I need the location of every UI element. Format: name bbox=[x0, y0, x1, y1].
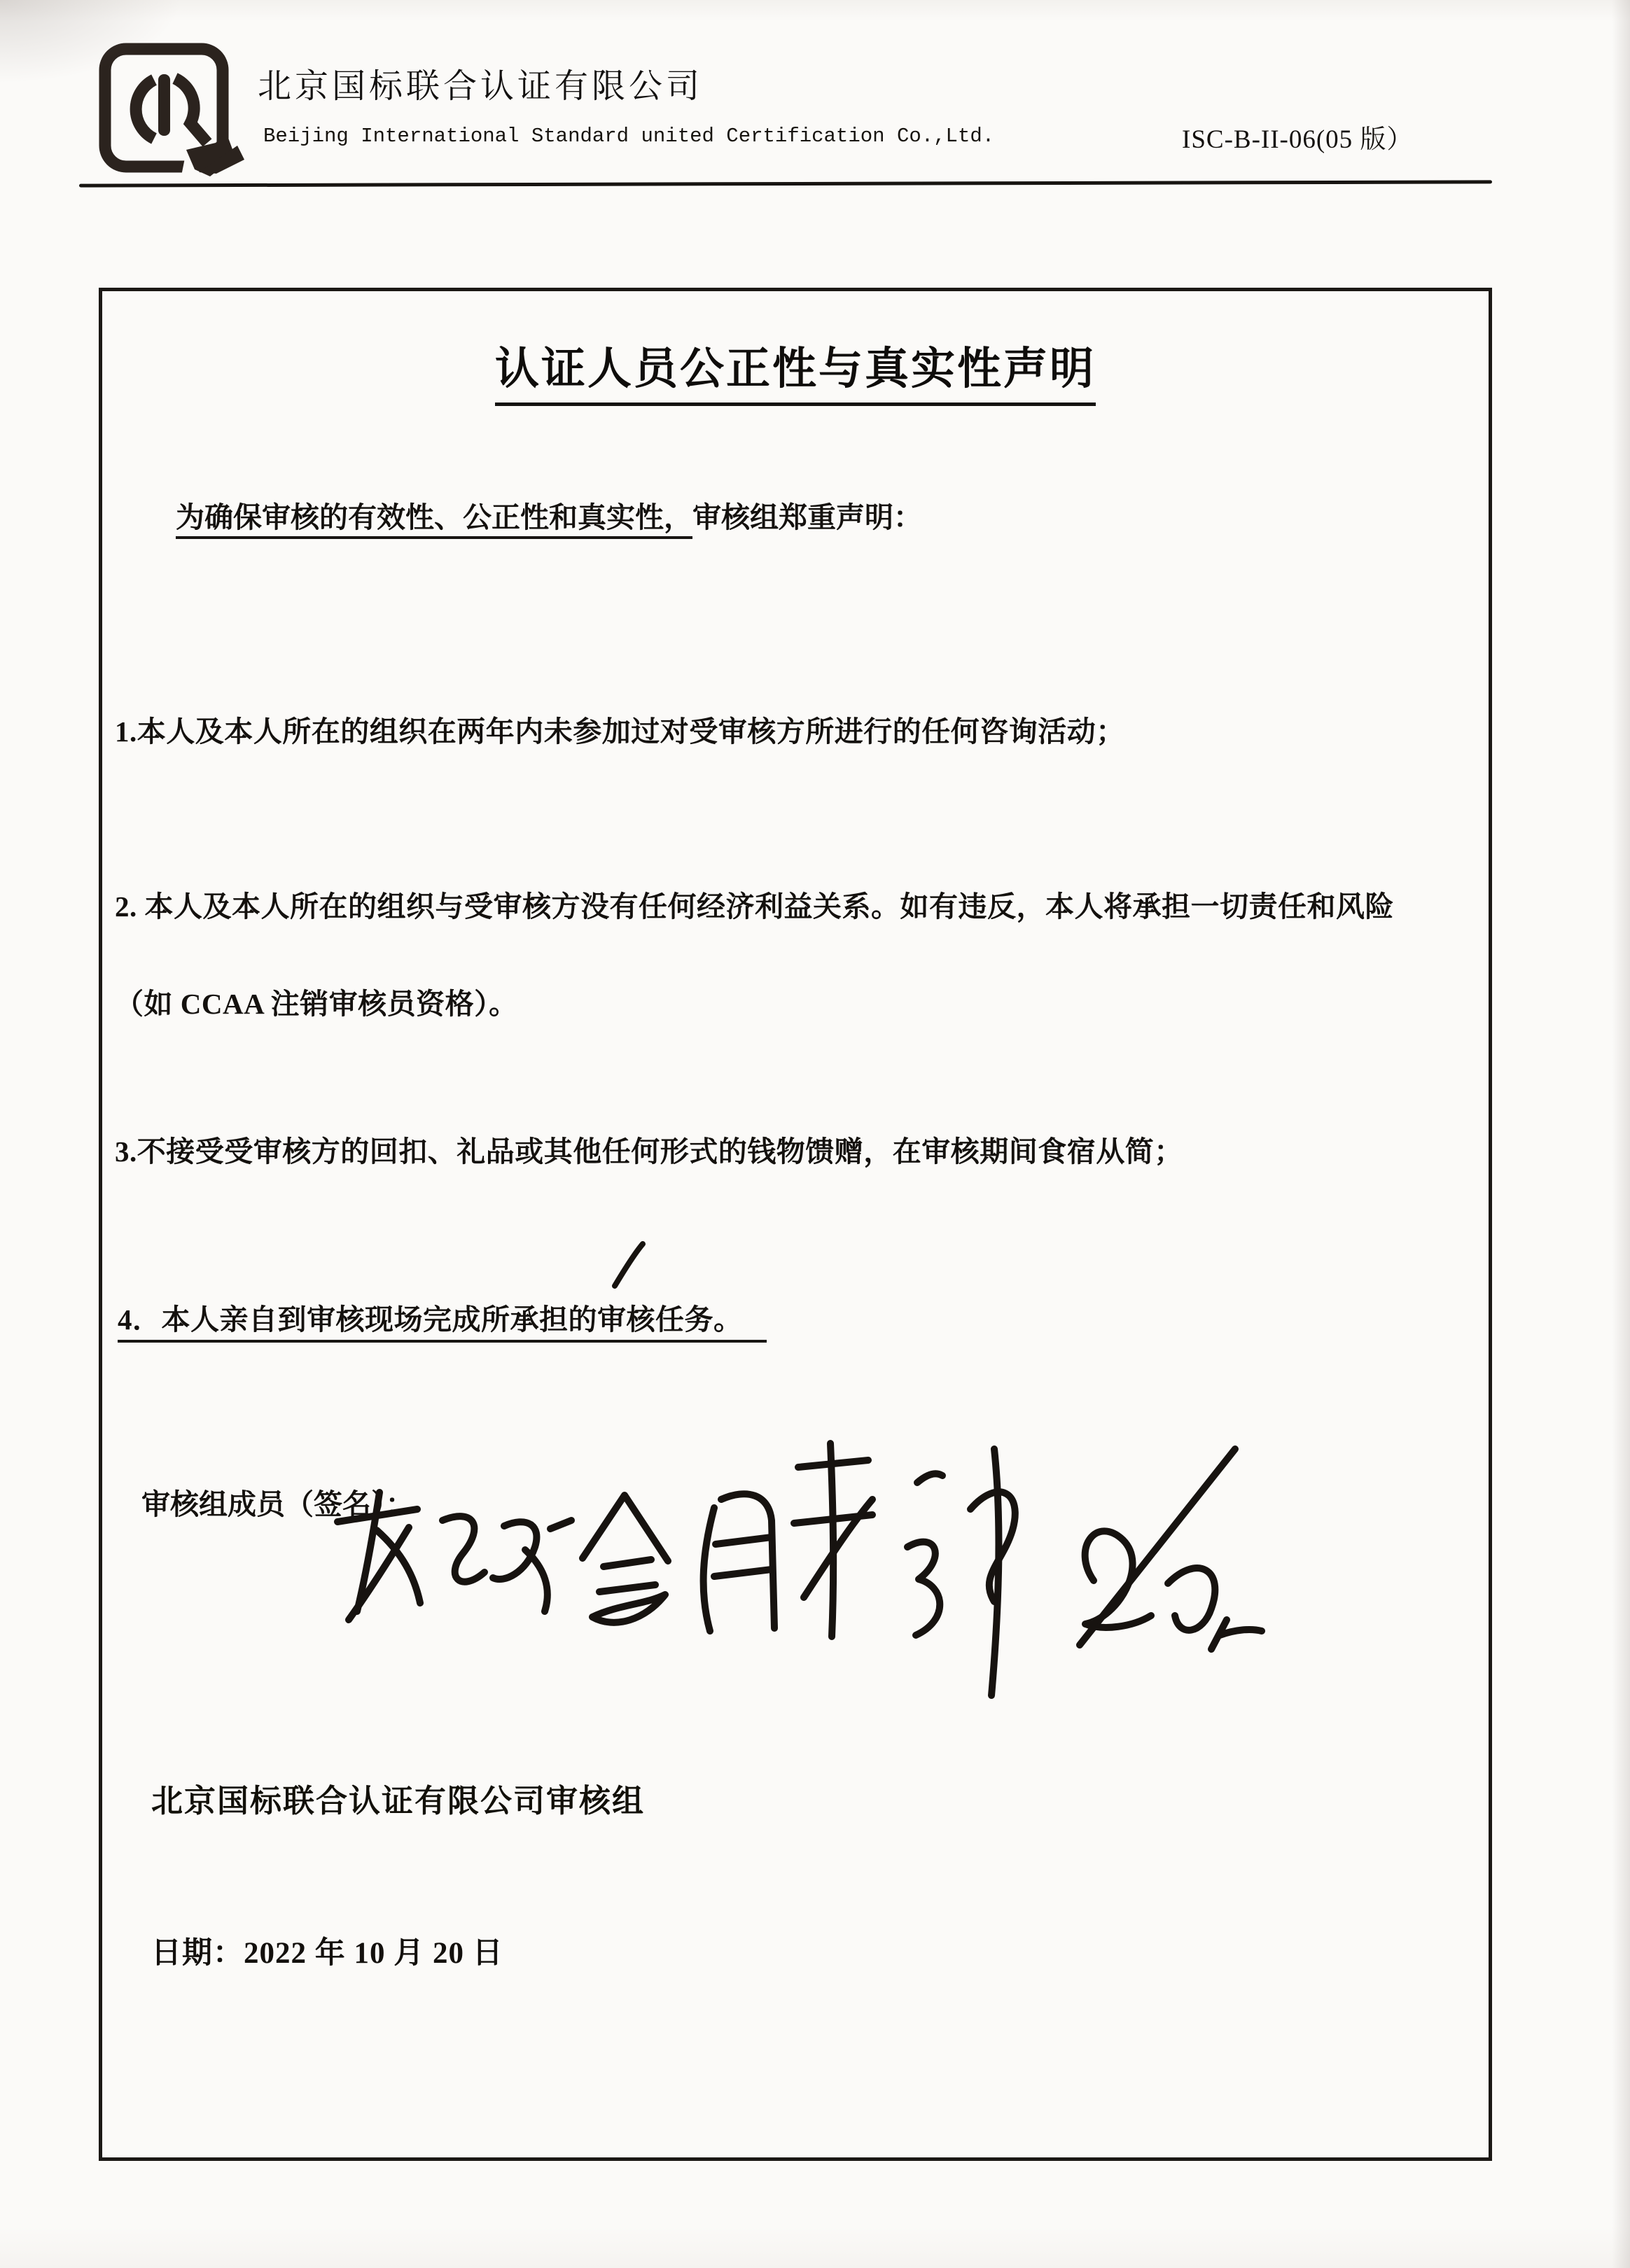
company-name-cn: 北京国标联合认证有限公司 bbox=[258, 59, 703, 107]
declaration-title: 认证人员公正性与真实性声明 bbox=[495, 333, 1096, 406]
handwritten-signatures-ink bbox=[304, 1410, 1284, 1721]
header-divider bbox=[79, 180, 1492, 187]
declaration-item-3: 3.不接受受审核方的回扣、礼品或其他任何形式的钱物馈赠，在审核期间食宿从简； bbox=[115, 1103, 1431, 1200]
document-code: ISC-B-II-06(05 版） bbox=[1182, 118, 1413, 155]
company-logo-icon bbox=[97, 39, 254, 183]
team-line: 北京国标联合认证有限公司审核组 bbox=[151, 1775, 645, 1821]
item-4-underlined-text: 4．本人亲自到审核现场完成所承担的审核任务。 bbox=[118, 1303, 767, 1343]
declaration-box: 认证人员公正性与真实性声明 为确保审核的有效性、公正性和真实性，审核组郑重声明：… bbox=[99, 288, 1492, 2161]
intro-rest-text: 审核组郑重声明： bbox=[692, 501, 922, 533]
date-line: 日期：2022 年 10 月 20 日 bbox=[151, 1929, 503, 1972]
declaration-intro: 为确保审核的有效性、公正性和真实性，审核组郑重声明： bbox=[176, 496, 1436, 539]
declaration-item-1: 1.本人及本人所在的组织在两年内未参加过对受审核方所进行的任何咨询活动； bbox=[115, 683, 1431, 780]
scan-shadow-right bbox=[1612, 0, 1630, 2268]
declaration-item-4: 4．本人亲自到审核现场完成所承担的审核任务。 bbox=[118, 1271, 1434, 1368]
intro-underlined-text: 为确保审核的有效性、公正性和真实性， bbox=[176, 501, 692, 539]
declaration-item-2: 2. 本人及本人所在的组织与受审核方没有任何经济利益关系。如有违反，本人将承担一… bbox=[115, 858, 1417, 1053]
handwritten-tick-mark bbox=[608, 1240, 650, 1296]
company-name-en: Beijing International Standard united Ce… bbox=[263, 125, 994, 148]
scanned-document-page: 北京国标联合认证有限公司 Beijing International Stand… bbox=[0, 0, 1630, 2268]
